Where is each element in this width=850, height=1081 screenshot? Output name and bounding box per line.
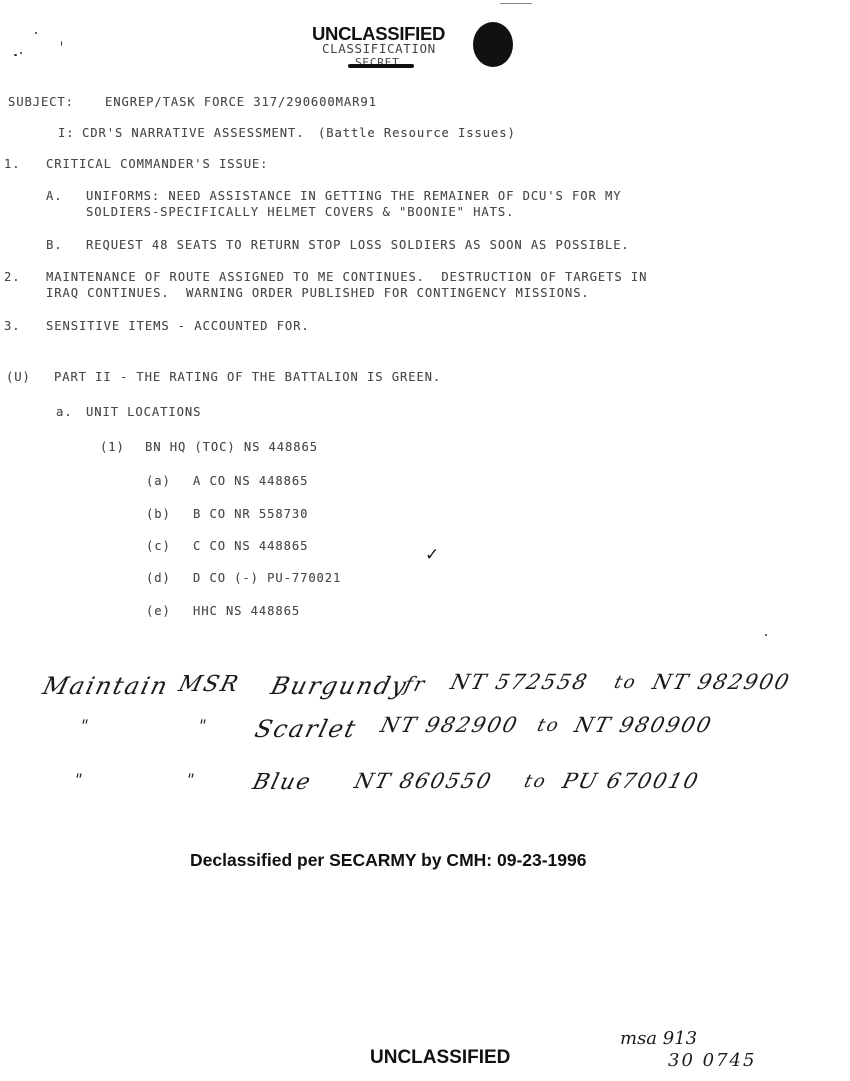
handwritten-to-label: to	[535, 715, 562, 736]
item-1a-line-2: SOLDIERS-SPECIFICALLY HELMET COVERS & "B…	[86, 205, 514, 219]
handwritten-route-burgundy: Burgundy	[268, 672, 411, 700]
scan-speck	[61, 41, 62, 46]
check-mark: ✓	[425, 545, 439, 565]
item-2-line-2: IRAQ CONTINUES. WARNING ORDER PUBLISHED …	[46, 286, 590, 300]
scan-artifact-line	[500, 3, 532, 4]
item-1b-letter: B.	[46, 238, 62, 252]
handwritten-ditto-4: "	[184, 770, 198, 789]
handwritten-blue-to: PU 670010	[560, 769, 702, 793]
handwritten-scarlet-from: NT 982900	[378, 713, 521, 737]
item-1-number: 1.	[4, 157, 20, 171]
company-d-letter: (d)	[146, 571, 171, 585]
section-i-label: I:	[58, 126, 74, 140]
item-1a-line-1: UNIFORMS: NEED ASSISTANCE IN GETTING THE…	[86, 189, 621, 203]
handwritten-ditto-1: "	[78, 716, 92, 735]
handwritten-route-blue: Blue	[250, 770, 315, 795]
company-e-letter: (e)	[146, 604, 171, 618]
company-b-letter: (b)	[146, 507, 171, 521]
handwritten-maintain: Maintain	[40, 672, 172, 700]
handwritten-to-label: to	[612, 672, 639, 693]
handwritten-ref-line-1: msa 913	[620, 1028, 697, 1049]
unit-locations-letter: a.	[56, 405, 72, 419]
company-c-letter: (c)	[146, 539, 171, 553]
company-a-letter: (a)	[146, 474, 171, 488]
section-i-note: (Battle Resource Issues)	[318, 126, 516, 140]
company-d-text: D CO (-) PU-770021	[193, 571, 341, 585]
handwritten-ref-line-2: 30 0745	[668, 1050, 756, 1071]
subject-value: ENGREP/TASK FORCE 317/290600MAR91	[105, 95, 377, 109]
redaction-mark	[473, 22, 513, 67]
item-1-text: CRITICAL COMMANDER'S ISSUE:	[46, 157, 268, 171]
handwritten-blue-from: NT 860550	[352, 769, 495, 793]
item-1a-letter: A.	[46, 189, 62, 203]
item-1b-line-1: REQUEST 48 SEATS TO RETURN STOP LOSS SOL…	[86, 238, 630, 252]
item-2-number: 2.	[4, 270, 20, 284]
company-e-text: HHC NS 448865	[193, 604, 300, 618]
bn-hq-number: (1)	[100, 440, 125, 454]
classification-label: CLASSIFICATION	[322, 41, 436, 56]
handwritten-ditto-2: "	[196, 716, 210, 735]
scan-speck	[14, 54, 17, 56]
item-2-line-1: MAINTENANCE OF ROUTE ASSIGNED TO ME CONT…	[46, 270, 647, 284]
part-ii-text: PART II - THE RATING OF THE BATTALION IS…	[54, 370, 441, 384]
declassification-notice: Declassified per SECARMY by CMH: 09-23-1…	[190, 850, 587, 871]
part-ii-marking: (U)	[6, 370, 31, 384]
scan-speck	[765, 634, 767, 636]
subject-label: SUBJECT:	[8, 95, 74, 109]
handwritten-route-scarlet: Scarlet	[252, 715, 360, 743]
handwritten-from-label: fr	[402, 672, 429, 696]
company-a-text: A CO NS 448865	[193, 474, 308, 488]
document-page: UNCLASSIFIED CLASSIFICATION SECRET SUBJE…	[0, 0, 850, 1081]
footer-classification: UNCLASSIFIED	[370, 1047, 510, 1069]
bn-hq-text: BN HQ (TOC) NS 448865	[145, 440, 318, 454]
scan-speck	[20, 52, 22, 54]
scan-speck	[35, 32, 37, 34]
item-3-number: 3.	[4, 319, 20, 333]
handwritten-scarlet-to: NT 980900	[572, 713, 715, 737]
strikethrough-bar	[348, 64, 414, 68]
handwritten-burgundy-from: NT 572558	[448, 670, 591, 694]
unit-locations-title: UNIT LOCATIONS	[86, 405, 201, 419]
section-i-title: CDR'S NARRATIVE ASSESSMENT.	[82, 126, 304, 140]
handwritten-to-label: to	[522, 771, 549, 792]
handwritten-burgundy-to: NT 982900	[650, 670, 793, 694]
company-c-text: C CO NS 448865	[193, 539, 308, 553]
handwritten-msr: MSR	[176, 672, 242, 697]
handwritten-ditto-3: "	[72, 770, 86, 789]
company-b-text: B CO NR 558730	[193, 507, 308, 521]
item-3-text: SENSITIVE ITEMS - ACCOUNTED FOR.	[46, 319, 310, 333]
